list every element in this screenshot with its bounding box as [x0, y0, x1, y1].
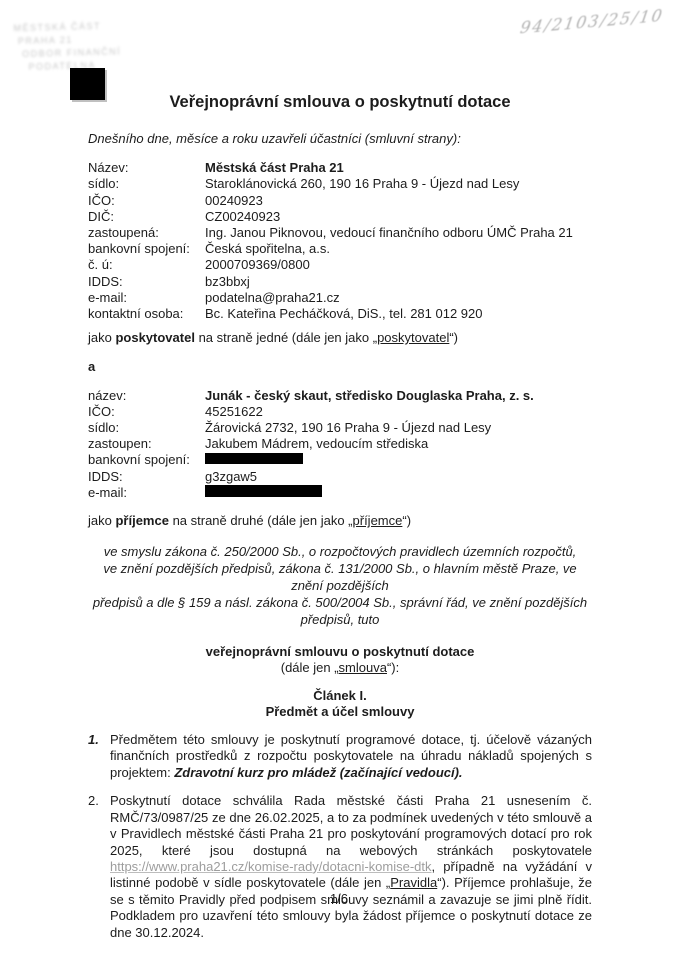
detail-row: zastoupen: Jakubem Mádrem, vedoucím stře…: [88, 436, 592, 452]
provider-website-link: https://www.praha21.cz/komise-rady/dotac…: [110, 859, 432, 874]
item-text: Předmětem této smlouvy je poskytnutí pro…: [110, 732, 592, 781]
page-number: 1/6: [0, 891, 678, 907]
detail-row: č. ú: 2000709369/0800: [88, 257, 592, 273]
detail-value: Bc. Kateřina Pecháčková, DiS., tel. 281 …: [205, 306, 592, 322]
detail-label: IČO:: [88, 404, 205, 420]
detail-value: 00240923: [205, 193, 592, 209]
project-name: Zdravotní kurz pro mládež (začínající ve…: [174, 765, 462, 780]
detail-value: 2000709369/0800: [205, 257, 592, 273]
document-page: MĚSTSKÁ ČÁST PRAHA 21 ODBOR FINANČNÍ POD…: [0, 0, 678, 960]
detail-label: zastoupen:: [88, 436, 205, 452]
item-text: Poskytnutí dotace schválila Rada městské…: [110, 793, 592, 941]
handwritten-reference: 94/2103/25/10: [519, 8, 665, 37]
role-text: na straně druhé (dále jen jako „: [169, 513, 353, 528]
detail-value: [205, 452, 592, 468]
article-subheading: Předmět a účel smlouvy: [88, 704, 592, 720]
pravidla-quoted: Pravidla: [390, 875, 437, 890]
role-bold: příjemce: [115, 513, 168, 528]
detail-label: bankovní spojení:: [88, 452, 205, 468]
detail-value: Jakubem Mádrem, vedoucím střediska: [205, 436, 592, 452]
article-heading: Článek I.: [88, 688, 592, 704]
detail-row: sídlo: Žárovická 2732, 190 16 Praha 9 - …: [88, 420, 592, 436]
detail-value: podatelna@praha21.cz: [205, 290, 592, 306]
detail-value: [205, 485, 592, 501]
legal-preamble: ve smyslu zákona č. 250/2000 Sb., o rozp…: [88, 543, 592, 628]
role-text: jako: [88, 330, 115, 345]
detail-row: bankovní spojení:: [88, 452, 592, 468]
detail-row: sídlo: Staroklánovická 260, 190 16 Praha…: [88, 176, 592, 192]
detail-row: název: Junák - český skaut, středisko Do…: [88, 388, 592, 404]
role-text: jako: [88, 513, 115, 528]
stamp-line: PODATELNA: [28, 57, 184, 74]
stamp-illegible: MĚSTSKÁ ČÁST PRAHA 21 ODBOR FINANČNÍ POD…: [13, 18, 184, 74]
document-title: Veřejnoprávní smlouva o poskytnutí dotac…: [88, 92, 592, 112]
detail-row: zastoupená: Ing. Janou Piknovou, vedoucí…: [88, 225, 592, 241]
detail-value: g3zgaw5: [205, 469, 592, 485]
detail-label: DIČ:: [88, 209, 205, 225]
detail-label: bankovní spojení:: [88, 241, 205, 257]
detail-label: IDDS:: [88, 469, 205, 485]
subtitle-text: (dále jen „: [281, 660, 339, 675]
detail-row: DIČ: CZ00240923: [88, 209, 592, 225]
contract-subtitle: (dále jen „smlouva“):: [88, 660, 592, 676]
preamble-line: ve znění pozdějších předpisů, zákona č. …: [88, 560, 592, 594]
document-content: Veřejnoprávní smlouva o poskytnutí dotac…: [88, 92, 592, 941]
detail-label: sídlo:: [88, 176, 205, 192]
detail-value: 45251622: [205, 404, 592, 420]
detail-label: IČO:: [88, 193, 205, 209]
detail-value: bz3bbxj: [205, 274, 592, 290]
item-body-text: Poskytnutí dotace schválila Rada městské…: [110, 793, 592, 857]
contract-title: veřejnoprávní smlouvu o poskytnutí dotac…: [88, 644, 592, 660]
detail-row: kontaktní osoba: Bc. Kateřina Pecháčková…: [88, 306, 592, 322]
intro-line: Dnešního dne, měsíce a roku uzavřeli úča…: [88, 131, 592, 147]
detail-row: bankovní spojení: Česká spořitelna, a.s.: [88, 241, 592, 257]
detail-row: IČO: 00240923: [88, 193, 592, 209]
detail-label: e-mail:: [88, 290, 205, 306]
role-quoted: poskytovatel: [377, 330, 449, 345]
detail-label: název:: [88, 388, 205, 404]
detail-value: Staroklánovická 260, 190 16 Praha 9 - Új…: [205, 176, 592, 192]
detail-value: Junák - český skaut, středisko Douglaska…: [205, 388, 592, 404]
detail-row: e-mail:: [88, 485, 592, 501]
role-text: na straně jedné (dále jen jako „: [195, 330, 377, 345]
detail-label: Název:: [88, 160, 205, 176]
item-number: 1.: [88, 732, 110, 781]
redacted-black-bar: [205, 485, 322, 497]
detail-row: IČO: 45251622: [88, 404, 592, 420]
subtitle-text: “):: [387, 660, 399, 675]
detail-value: Žárovická 2732, 190 16 Praha 9 - Újezd n…: [205, 420, 592, 436]
detail-row: Název: Městská část Praha 21: [88, 160, 592, 176]
role-bold: poskytovatel: [115, 330, 194, 345]
detail-row: IDDS: g3zgaw5: [88, 469, 592, 485]
preamble-line: předpisů a dle § 159 a násl. zákona č. 5…: [88, 594, 592, 628]
provider-role-line: jako poskytovatel na straně jedné (dále …: [88, 330, 592, 346]
role-text: “): [449, 330, 458, 345]
detail-value: Česká spořitelna, a.s.: [205, 241, 592, 257]
connector-a: a: [88, 359, 592, 375]
detail-label: zastoupená:: [88, 225, 205, 241]
redacted-black-bar: [205, 453, 303, 464]
detail-value: CZ00240923: [205, 209, 592, 225]
detail-label: IDDS:: [88, 274, 205, 290]
detail-label: kontaktní osoba:: [88, 306, 205, 322]
provider-details: Název: Městská část Praha 21 sídlo: Star…: [88, 160, 592, 322]
recipient-role-line: jako příjemce na straně druhé (dále jen …: [88, 513, 592, 529]
preamble-line: ve smyslu zákona č. 250/2000 Sb., o rozp…: [88, 543, 592, 560]
detail-label: sídlo:: [88, 420, 205, 436]
item-number: 2.: [88, 793, 110, 941]
detail-value: Ing. Janou Piknovou, vedoucí finančního …: [205, 225, 592, 241]
numbered-item-2: 2. Poskytnutí dotace schválila Rada měst…: [88, 793, 592, 941]
detail-label: č. ú:: [88, 257, 205, 273]
detail-row: e-mail: podatelna@praha21.cz: [88, 290, 592, 306]
role-quoted: příjemce: [353, 513, 403, 528]
detail-row: IDDS: bz3bbxj: [88, 274, 592, 290]
subtitle-quoted: smlouva: [339, 660, 387, 675]
detail-label: e-mail:: [88, 485, 205, 501]
recipient-details: název: Junák - český skaut, středisko Do…: [88, 388, 592, 501]
numbered-item-1: 1. Předmětem této smlouvy je poskytnutí …: [88, 732, 592, 781]
role-text: “): [402, 513, 411, 528]
detail-value: Městská část Praha 21: [205, 160, 592, 176]
